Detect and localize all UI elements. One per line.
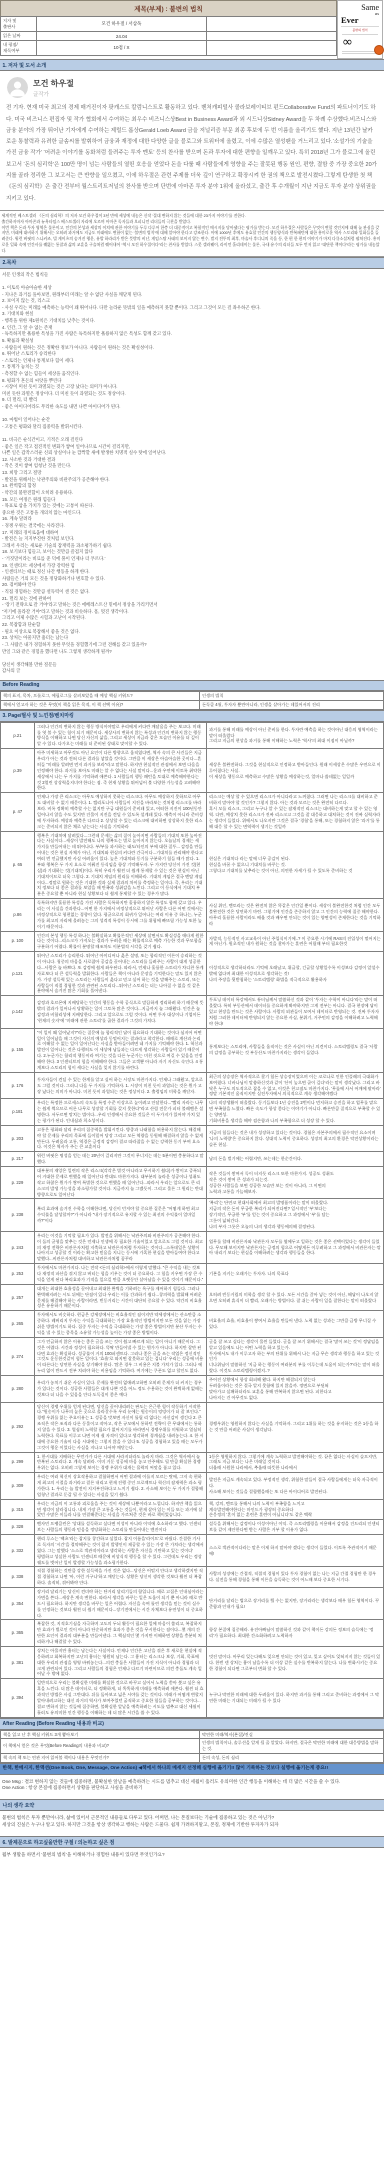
- comment-cell: 발전은 지금도 계속되고 있다. 부정적인 생각, 위험한 말들이 결국 사람들…: [207, 1473, 384, 1500]
- comment-cell: 리스크는 예상 할 수 있으면 리스크가 아니다라고 느껴졌다. 그러면 나는 …: [207, 793, 384, 831]
- info-label: 내 평점/ 재독여부: [1, 41, 37, 56]
- note-row: p.142 감정과 호르몬에 지배당하는 인간의 행동을 수학 공식으로 말끔하…: [1, 996, 384, 1028]
- page-number-cell: p. 217: [1, 1152, 35, 1167]
- info-empty-cell: [207, 32, 337, 41]
- quote-cell: 복잡한 것, 지적호기심을 자극하며 고도의 두뇌 활동이 필요한 일에 마음이…: [35, 1620, 207, 1647]
- quote-cell: 투자에서도 마찬가지다. 나는 전작 <돈의 심리학>에서 이렇게 말했다. “…: [35, 1264, 207, 1285]
- quote-cell: 대부분의 재앙은 일련의 작은 리스크(각각은 별것 아니라고 무시하기 쉽다)…: [35, 1167, 207, 1199]
- comment-cell: 기본을 지키는 오래가는 투자자. 나의 목표다: [207, 1264, 384, 1285]
- page-number-cell: p.86: [1, 899, 35, 931]
- note-row: p. 292 당신이 경쟁 우위를 얻게 된다면, 당신을 끌어내리려는 판도는…: [1, 1402, 384, 1452]
- quote-cell: 대개는 최대한 효율성을 끌어내고 최대한 완벽을 기하려는 욕구를 제어하기 …: [35, 1284, 207, 1311]
- comment-cell: 비효율의 효율, 비효율이 쌓여서 효율을 만들어 낸다. 노력 없는 성과는 …: [207, 1311, 384, 1338]
- quote-cell: 언제나 가장 큰 리스크는 아무도 예상하지 못하는 리스크다. 아무도 예상하…: [35, 793, 207, 831]
- note-row: p. 176 투자자들이 견딜 수 있는 한계를 알고 싶어 하는 시장도 마찬…: [1, 1072, 384, 1099]
- quote-cell: 직접 경험하는 것만큼 강한 설득력을 가진 것은 없다...당신은 어떨지 안…: [35, 1567, 207, 1588]
- note-row: p. 309 우리는 여러 혁신이 상호작용하고 결합하면서 어떤 결과에 이를…: [1, 1473, 384, 1500]
- quote-cell: 행복은 기대치에 달려있다...그런데 문제는 삶의 질이 높아지면 사람들의 …: [35, 831, 207, 899]
- page-number-cell: p. 299: [1, 1452, 35, 1473]
- note-row: p.86 독특하지만 훌륭한 특성을 가진 사람은 독특하지만 훌륭하지 않은 …: [1, 899, 384, 931]
- author-name: 모건 하우절: [33, 78, 74, 89]
- quote-cell: 당신이 경쟁 우위를 얻게 된다면, 당신을 끌어내리려는 판도는 은근한 힘이…: [35, 1402, 207, 1452]
- after-reading-row: 책 속의 책 또는 연관 지어 읽어볼 책이나 내용은 무엇인가? 돈의 속성,…: [1, 1754, 384, 1763]
- comment-cell: 최근의 상승장은 역사적으로 찾기 힘든 상승장이었으며 이는 코로나로 인한 …: [207, 1072, 384, 1099]
- comment-cell: 업무를 할때 비관론자와 낙관론자 모두를 옆에두고 일하는 것은 좋은 선택이…: [207, 1231, 384, 1263]
- note-row: p. 47 언제나 가장 큰 리스크는 아무도 예상하지 못하는 리스크다. 아…: [1, 793, 384, 831]
- comment-cell: 현실은 기대치다 라는 말에 너무 공감이 된다. 현실을 바꿀 수 없으니 기…: [207, 831, 384, 899]
- section-header-one-message: 한책, 한메시지, 한액션(One Book, One, Message, On…: [0, 1763, 384, 1774]
- quote-cell: 우리는 이것을 기억할 필요가 있다. 발전을 위해서는 낙관주의와 비관주의가…: [35, 1231, 207, 1263]
- info-row: 읽은 날짜 24.04: [1, 32, 337, 41]
- person-icon: [7, 77, 28, 98]
- page-number-cell: p. 253: [1, 1264, 35, 1285]
- quote-cell: 독특하지만 훌륭한 특성을 가진 사람은 독특하지만 훌륭하지 않은 특성도 함…: [35, 899, 207, 931]
- page-number-cell: p. 65: [1, 831, 35, 899]
- question-cell: 책의 표지, 목차, 프롤로그, 에필로그를 살펴보았을 때 예상 핵심 키워드…: [1, 691, 200, 700]
- page-number-cell: p. 243: [1, 1231, 35, 1263]
- book-cover-korean-title: 불변의 법칙: [341, 26, 379, 32]
- note-row: p. 257 대개는 최대한 효율성을 끌어내고 최대한 완벽을 기하려는 욕구…: [1, 1284, 384, 1311]
- page-number-cell: p. 257: [1, 1284, 35, 1311]
- discussion-body: 월부 생활을 하면서 ‘불변의 법칙’을 이해하거나 경험한 내용이 있다면 무…: [0, 1848, 384, 1866]
- page-number-cell: p.21: [1, 722, 35, 749]
- page-number-cell: p. 332: [1, 1535, 35, 1567]
- section-header-after-reading: After Reading (Before Reading 내용과 비교): [0, 1718, 384, 1730]
- question-cell: 책에서 얻고자 하는 것은 무엇(이 책을 읽은 목적, 이 책 선택 이유)?: [1, 700, 200, 709]
- quote-cell: 투자에서도 비슷하다. 현금은 강세장에서는 비효율적인 짐이지만 약세장에서는…: [35, 1311, 207, 1338]
- quote-cell: 감정과 호르몬에 지배당하는 인간의 행동을 수학 공식으로 말끔하게 정리하려…: [35, 996, 207, 1028]
- comment-cell: 책, 강의, 멘토를 통해서 나의 노력이 부족함을 느끼고 계속발전해야한다는…: [207, 1499, 384, 1520]
- quote-cell: 인간의 본성 행동 특성 하나는 불확실하고 확률론적인 세상에 살면서도 확실…: [35, 931, 207, 952]
- note-row: p. 238 복리 효과에 숨겨진 수학을 이해한다면, 당신이 던져야 할 중…: [1, 1199, 384, 1231]
- cover-text-line: [342, 53, 378, 54]
- question-cell: 이 책에서 얻은 것은 무엇(Before Reading의 내용과 비교)?: [1, 1739, 200, 1754]
- author-avatar: [7, 77, 28, 98]
- note-row: p. 243 우리는 이것을 기억할 필요가 있다. 발전을 위해서는 낙관주의…: [1, 1231, 384, 1263]
- note-row: p. 217 워런 버핏은 명성을 얻는 데는 20년이 걸리지만 그것이 무너…: [1, 1152, 384, 1167]
- page-number-cell: p.181: [1, 1099, 35, 1126]
- comment-cell: 스스로 객관적이다라는 말은 이제 하지 말아야 겠다는 생각이 들었다. 이토…: [207, 1535, 384, 1567]
- question-cell: 책 속의 책 또는 연관 지어 읽어볼 책이나 내용은 무엇인가?: [1, 1754, 200, 1763]
- info-row: 저자 및 출판사 모건 하우절 / 서삼독: [1, 17, 337, 32]
- note-row: p.39 아주 미세하고 아무것도 아닌 요인이 다른 방향으로 움직였다면, …: [1, 749, 384, 793]
- comment-cell: 투포닝 데이터 특강에서도 튜터님께서 말씀하신 것과 같이 ‘투자는 수학이 …: [207, 996, 384, 1028]
- comment-cell: 세상은 불완전하다. 그것을 현실적으로 인정하고 받아들인다. 원래 이세상은…: [207, 749, 384, 793]
- note-row: p. 229 대부분의 재앙은 일련의 작은 리스크(각각은 별것 아니라고 무…: [1, 1167, 384, 1199]
- page-number-cell: p. 309: [1, 1473, 35, 1500]
- section-header-discussion: 6. 발제문으로 하고싶을만한 구절 / 의논하고 싶은 점: [0, 1836, 384, 1848]
- section-header-toc: 2.목차: [0, 257, 384, 269]
- info-value: 모건 하우절 / 서삼독: [37, 17, 207, 32]
- note-row: p. 274 그가 언급하지 않은 이유는 좋은 글을 쓰는 것이 쉽고 빠르게…: [1, 1337, 384, 1375]
- question-cell: 책을 읽고 난 후 핵심 키워드 3개 뽑아보기: [1, 1730, 200, 1739]
- page-number-cell: p. 229: [1, 1167, 35, 1199]
- quote-cell: 고통은 평화와 달리 우리의 집중력을 발휘시킨다. 방종과 나태함을 허용하지…: [35, 1125, 207, 1152]
- page-number-cell: p. 47: [1, 793, 35, 831]
- quote-cell: 장거리 달리기는 당신이 견뎌야 하는 단거리 달리기들의 합입니다. 때로 고…: [35, 1588, 207, 1620]
- section-header-notes: 3. Page/필사 및 느낀점/벤치마킹: [0, 710, 384, 722]
- page-number-cell: p. 328: [1, 1520, 35, 1535]
- comment-cell: 단거리를 달리는 법으로 장거리를 뛸 수는 없지만, 장거리라는 생각보다 매…: [207, 1588, 384, 1620]
- comment-cell: 지금의 힘들다는 것은 내가 성장하고 있다는 것이다. 경험은 자본주의에서 …: [207, 1125, 384, 1152]
- before-reading-row: 책에서 얻고자 하는 것은 무엇(이 책을 읽은 목적, 이 책 선택 이유)?…: [1, 700, 384, 709]
- answer-cell: 인생의 법칙: [199, 691, 383, 700]
- page-number-cell: p. 315: [1, 1499, 35, 1520]
- page-number-cell: p. 280: [1, 1376, 35, 1403]
- page-number-cell: p. 292: [1, 1402, 35, 1452]
- comment-cell: 누구나 막연한 미래에 대한 두려움이 있다. 하지만 과거를 통해 그리고 준…: [207, 1679, 384, 1717]
- author-role: 글작가: [33, 90, 74, 98]
- document-header: 제목(부제) : 불변의 법칙 저자 및 출판사 모건 하우절 / 서삼독 읽은…: [0, 0, 384, 59]
- info-table: 저자 및 출판사 모건 하우절 / 서삼독 읽은 날짜 24.04 내 평점/: [0, 16, 337, 56]
- quote-cell: 워런 버핏은 명성을 얻는 데는 20년이 걸리지만 그것이 무너지는 데는 5…: [35, 1152, 207, 1167]
- comment-cell: 자발적, 능동적인 사고교육이 아닌 주입식이기에..? 이 중요한 시기에 R…: [207, 931, 384, 952]
- comment-cell: 멋진 말이다. 아무리 잊는다해도 잊으면 안되는 것이 있고, 잊고 싶어도 …: [207, 1646, 384, 1678]
- note-row: p. 280 우리가 놓치기 쉬운 사실이 있다. 문제를 완전히 없애려고하면…: [1, 1376, 384, 1403]
- page-number-cell: p. 365: [1, 1620, 35, 1647]
- author-bio: 전 기자. 현재 미국 최고의 경제 매거진이자 팟캐스트 칼럼니스트로 활동하…: [0, 100, 384, 209]
- note-row: p. 338 직접 경험하는 것만큼 강한 설득력을 가진 것은 없다...당신…: [1, 1567, 384, 1588]
- quote-cell: 우리는 지금의 이 고통과 괴로움을 주는 것이 세상에 나뿐이라고 느낍니다.…: [35, 1499, 207, 1520]
- page-number-cell: p. 100: [1, 931, 35, 952]
- info-row: 내 평점/ 재독여부 10점 / X: [1, 41, 337, 56]
- quote-cell: 그러나 인간의 변하지 않는 행동 방식이야말로 우리에게 커다란 깨달음을 주…: [35, 722, 207, 749]
- note-row: p. 155 “이 일이 왜 일어났지?”라는 질문에 늘 합리적인 답이 필요…: [1, 1028, 384, 1072]
- summary-body: 불변의 법칙은 투자 뿐만아니라, 삶에 있어서 근본적인 내용들로 다루고 있…: [0, 1811, 384, 1836]
- info-empty-cell: [207, 41, 337, 56]
- page-number-cell: p.39: [1, 749, 35, 793]
- note-row: p.181 우리는 특정한 프로세스의 속도를 특정 수준 이상으로 높이려고 …: [1, 1099, 384, 1126]
- quote-cell: 상처는 아물지만 흉터는 남는다는 사실이다. 언제나 인간은 고난을 겪은 후…: [35, 1646, 207, 1678]
- note-row: p. 354 장거리 달리기는 당신이 견뎌야 하는 단거리 달리기들의 합입니…: [1, 1588, 384, 1620]
- quote-cell: 우리는 여러 혁신이 상호작용하고 결합하면서 어떤 결과에 이를지 모르는 탓…: [35, 1473, 207, 1500]
- book-description: 세계적인 베스트셀러 《돈의 심리학》의 저자 모건 하우절이 3년 만에 세상…: [0, 210, 384, 257]
- section-header-author-intro: 1. 저자 및 도서 소개: [0, 59, 384, 71]
- quote-cell: 아주 미세하고 아무것도 아닌 요인이 다른 방향으로 움직였다면, 역사 속의…: [35, 749, 207, 793]
- comment-cell: ‘복리’는 단연코 현대사회에서 최고의 발명품이라는 말이 떠올랐다. 지금의…: [207, 1199, 384, 1231]
- comment-cell: 1등은 영원하지 않다. 그렇기에 계속 노력하고 발전해야하는 것. 끝은 없…: [207, 1452, 384, 1473]
- reading-note-document: 제목(부제) : 불변의 법칙 저자 및 출판사 모건 하우절 / 서삼독 읽은…: [0, 0, 384, 1866]
- notes-table: p.21 그러나 인간의 변하지 않는 행동 방식이야말로 우리에게 커다란 깨…: [0, 722, 384, 1718]
- comment-cell: 경쟁우위는 영원하지 않다는 사실을 기억하자. 그리고 1위를 하는 것을 유…: [207, 1402, 384, 1452]
- page-number-cell: p. 155: [1, 1028, 35, 1072]
- before-reading-row: 책의 표지, 목차, 프롤로그, 에필로그를 살펴보았을 때 예상 핵심 키워드…: [1, 691, 384, 700]
- book-cover-title-line3: Ever: [341, 16, 379, 25]
- quote-cell: 1. 한시대를 지배하는 무언가가 다른 시대에 사라지더라도 놀라지 마라. …: [35, 1452, 207, 1473]
- note-row: p. 253 투자에서도 마찬가지다. 나는 전작 <돈의 심리학>에서 이렇게…: [1, 1264, 384, 1285]
- note-row: p. 328 벤자민 프랭클린은 ‘상대를 설득하고 싶다면 이성이 아니라 이…: [1, 1520, 384, 1535]
- comment-cell: 과거를 통해 미래를 예상이 아닌 준비를 한다. 투자란 예측을 하는 것이아…: [207, 722, 384, 749]
- quote-cell: 뛰어난 스토리가 승리한다. 뛰어난 아이디어나 옳은 설명, 또는 합리적인 …: [35, 952, 207, 996]
- info-value: 24.04: [37, 32, 207, 41]
- comment-cell: 작은 것들이 쌓여서 둑이 터지듯 리스크 또한 마찬가지. 성공도 성취도 작…: [207, 1167, 384, 1199]
- after-reading-row: 책을 읽고 난 후 핵심 키워드 3개 뽑아보기 막연한 미래/역사(본질)/진…: [1, 1730, 384, 1739]
- page-number-cell: p. 203: [1, 1125, 35, 1152]
- quote-cell: 투자자들이 견딜 수 있는 한계를 알고 싶어 하는 시장도 마찬가지다. 언제…: [35, 1072, 207, 1099]
- quote-cell: 벤자민 프랭클린은 ‘상대를 설득하고 싶다면 이성이 아니라 이익에 호소하라…: [35, 1520, 207, 1535]
- before-reading-table: 책의 표지, 목차, 프롤로그, 에필로그를 살펴보았을 때 예상 핵심 키워드…: [0, 691, 384, 710]
- note-row: p.21 그러나 인간의 변하지 않는 행동 방식이야말로 우리에게 커다란 깨…: [1, 722, 384, 749]
- author-profile: 모건 하우절 글작가: [0, 71, 384, 100]
- info-label: 읽은 날짜: [1, 32, 37, 41]
- answer-cell: 막연한 미래/역사(본질)/진실: [199, 1730, 383, 1739]
- note-row: p. 65 행복은 기대치에 달려있다...그런데 문제는 삶의 질이 높아지면…: [1, 831, 384, 899]
- quote-cell: 복리 효과에 숨겨진 수학을 이해한다면, 당신이 던져야 할 중요한 질문은 …: [35, 1199, 207, 1231]
- after-reading-table: 책을 읽고 난 후 핵심 키워드 3개 뽑아보기 막연한 미래/역사(본질)/진…: [0, 1730, 384, 1764]
- note-row: p. 265 투자에서도 비슷하다. 현금은 강세장에서는 비효율적인 짐이지만…: [1, 1311, 384, 1338]
- page-title: 제목(부제) : 불변의 법칙: [0, 0, 337, 16]
- answer-cell: 인생의 법칙이나, 솔루션을 알게 될 줄 알았다. 하지만, 결국은 막연한 …: [199, 1739, 383, 1754]
- note-row: p. 315 우리는 지금의 이 고통과 괴로움을 주는 것이 세상에 나뿐이라…: [1, 1499, 384, 1520]
- info-label: 저자 및 출판사: [1, 17, 37, 32]
- book-cover-title-line1: Same: [341, 4, 379, 12]
- page-number-cell: p.121: [1, 952, 35, 996]
- quote-cell: 그가 언급하지 않은 이유는 좋은 글을 쓰는 것이 쉽고 빠르게 되는 일이 …: [35, 1337, 207, 1375]
- comment-cell: 항상 본질에 집중해라. 유진아빠님이 말씀하신 것과 같이 책이든 강의든 정…: [207, 1620, 384, 1647]
- comment-cell: 주어진 상황에서 항상 회피해 왔다. 하지만 해결되지 않는다 두려움이라는 …: [207, 1376, 384, 1403]
- page-number-cell: p. 176: [1, 1072, 35, 1099]
- page-number-cell: p.142: [1, 996, 35, 1028]
- note-row: p. 100 인간의 본성 행동 특성 하나는 불확실하고 확률론적인 세상에 …: [1, 931, 384, 952]
- info-value: 10점 / X: [37, 41, 207, 56]
- quote-cell: “이 일이 왜 일어났지?”라는 질문에 늘 합리적인 답이 필요하다 기대하는…: [35, 1028, 207, 1072]
- after-reading-row: 이 책에서 얻은 것은 무엇(Before Reading의 내용과 비교)? …: [1, 1739, 384, 1754]
- comment-cell: 이성적으로 생각하더라도 기억에 오래남고, 위급할, 긴급할 상황일수록 이성…: [207, 952, 384, 996]
- comment-cell: 설득을 위해서는 감정이나 이성이아닌 이익. 즉 스토리텔링을 이용해서 감정…: [207, 1520, 384, 1535]
- comment-cell: 사실 위인, 멘토라는 것은 완전치 않은 똑같은 인간일 뿐이다. 세상이 불…: [207, 899, 384, 931]
- page-number-cell: p. 354: [1, 1588, 35, 1620]
- section-header-before-reading: Before Reading: [0, 680, 384, 691]
- comment-cell: 통계보다는 스토리에, 사람들을 움직이는 것은 사실이 아닌 의견이다. 스토…: [207, 1028, 384, 1072]
- note-row: p. 203 고통은 평화와 달리 우리의 집중력을 발휘시킨다. 방종과 나태…: [1, 1125, 384, 1152]
- quote-cell: 우리는 특정한 프로세스의 속도를 특정 수준 이상으로 높이려고 안달한다..…: [35, 1099, 207, 1126]
- note-row: p. 332 헨리 루스는 ‘팩츠’라는 잡지를 창간하고 싶었다. 잡지 이름…: [1, 1535, 384, 1567]
- note-row: p. 365 복잡한 것, 지적호기심을 자극하며 고도의 두뇌 활동이 필요한…: [1, 1620, 384, 1647]
- toc-block: 서문 인생의 작은 법칙들 1. 이토록 아슬아슬한 세상 - 지나온 과거를 …: [0, 269, 384, 680]
- comment-cell: 사람의 성장에는 간접적, 직접적 경험이 있다 투자 경험이 없는 나는 지금…: [207, 1567, 384, 1588]
- note-row: p. 299 1. 한시대를 지배하는 무언가가 다른 시대에 사라지더라도 놀…: [1, 1452, 384, 1473]
- answer-cell: 돈독클 4월, 투자자 뿐만아니라, 인생을 살아가는 데있어서의 진리: [199, 700, 383, 709]
- note-row: p.121 뛰어난 스토리가 승리한다. 뛰어난 아이디어나 옳은 설명, 또는…: [1, 952, 384, 996]
- answer-cell: 돈의 속성, 돈의 심리: [199, 1754, 383, 1763]
- award-badge-icon: [374, 45, 384, 55]
- quote-cell: 우리가 놓치기 쉬운 사실이 있다. 문제를 완전히 없애려고하면 오히려 문제…: [35, 1376, 207, 1403]
- section-header-summary: 나의 생각 요약: [0, 1799, 384, 1811]
- info-empty-cell: [207, 17, 337, 32]
- page-number-cell: p. 274: [1, 1337, 35, 1375]
- page-number-cell: p. 238: [1, 1199, 35, 1231]
- book-cover: Same as Ever 불변의 법칙 ∞: [337, 0, 383, 59]
- one-message-body: One Msg : 결코 변하지 않는 것들에 집중하면, 불확실한 앞날을 예…: [0, 1775, 384, 1800]
- note-row: p. 394 일반적으로 우리는 불확실한 미래를 확실한 것으로 바꾸고 싶어…: [1, 1679, 384, 1717]
- comment-cell: 글을 잘 쓰고 싶다는 생각이 물씬 들었다. 글을 잘 쓰기 위해서는 결국 …: [207, 1337, 384, 1375]
- quote-cell: 헨리 루스는 ‘팩츠’라는 잡지를 창간하고 싶었다. 잡지 이름을‘라이프’로…: [35, 1535, 207, 1567]
- comment-cell: 오히려 빈둥거림의 미학을 생각 할 수 있다. 모든 시간을 갈아 넣는 것이…: [207, 1284, 384, 1311]
- comment-cell: 나의 직장생활이 떠올랐다. 동기들보다 1년 승진을 2번이나 먼저하고 승진…: [207, 1099, 384, 1126]
- page-number-cell: p. 394: [1, 1679, 35, 1717]
- page-number-cell: p. 381: [1, 1646, 35, 1678]
- page-number-cell: p. 265: [1, 1311, 35, 1338]
- comment-cell: 남의 돈을 벌기에는 어렵지만, 쓰는데는 한순간이다.: [207, 1152, 384, 1167]
- note-row: p. 381 상처는 아물지만 흉터는 남는다는 사실이다. 언제나 인간은 고…: [1, 1646, 384, 1678]
- page-number-cell: p. 338: [1, 1567, 35, 1588]
- quote-cell: 일반적으로 우리는 불확실한 미래를 확실한 것으로 바꾸고 싶어서 노력을 쏟…: [35, 1679, 207, 1717]
- cover-text-line: [342, 51, 378, 52]
